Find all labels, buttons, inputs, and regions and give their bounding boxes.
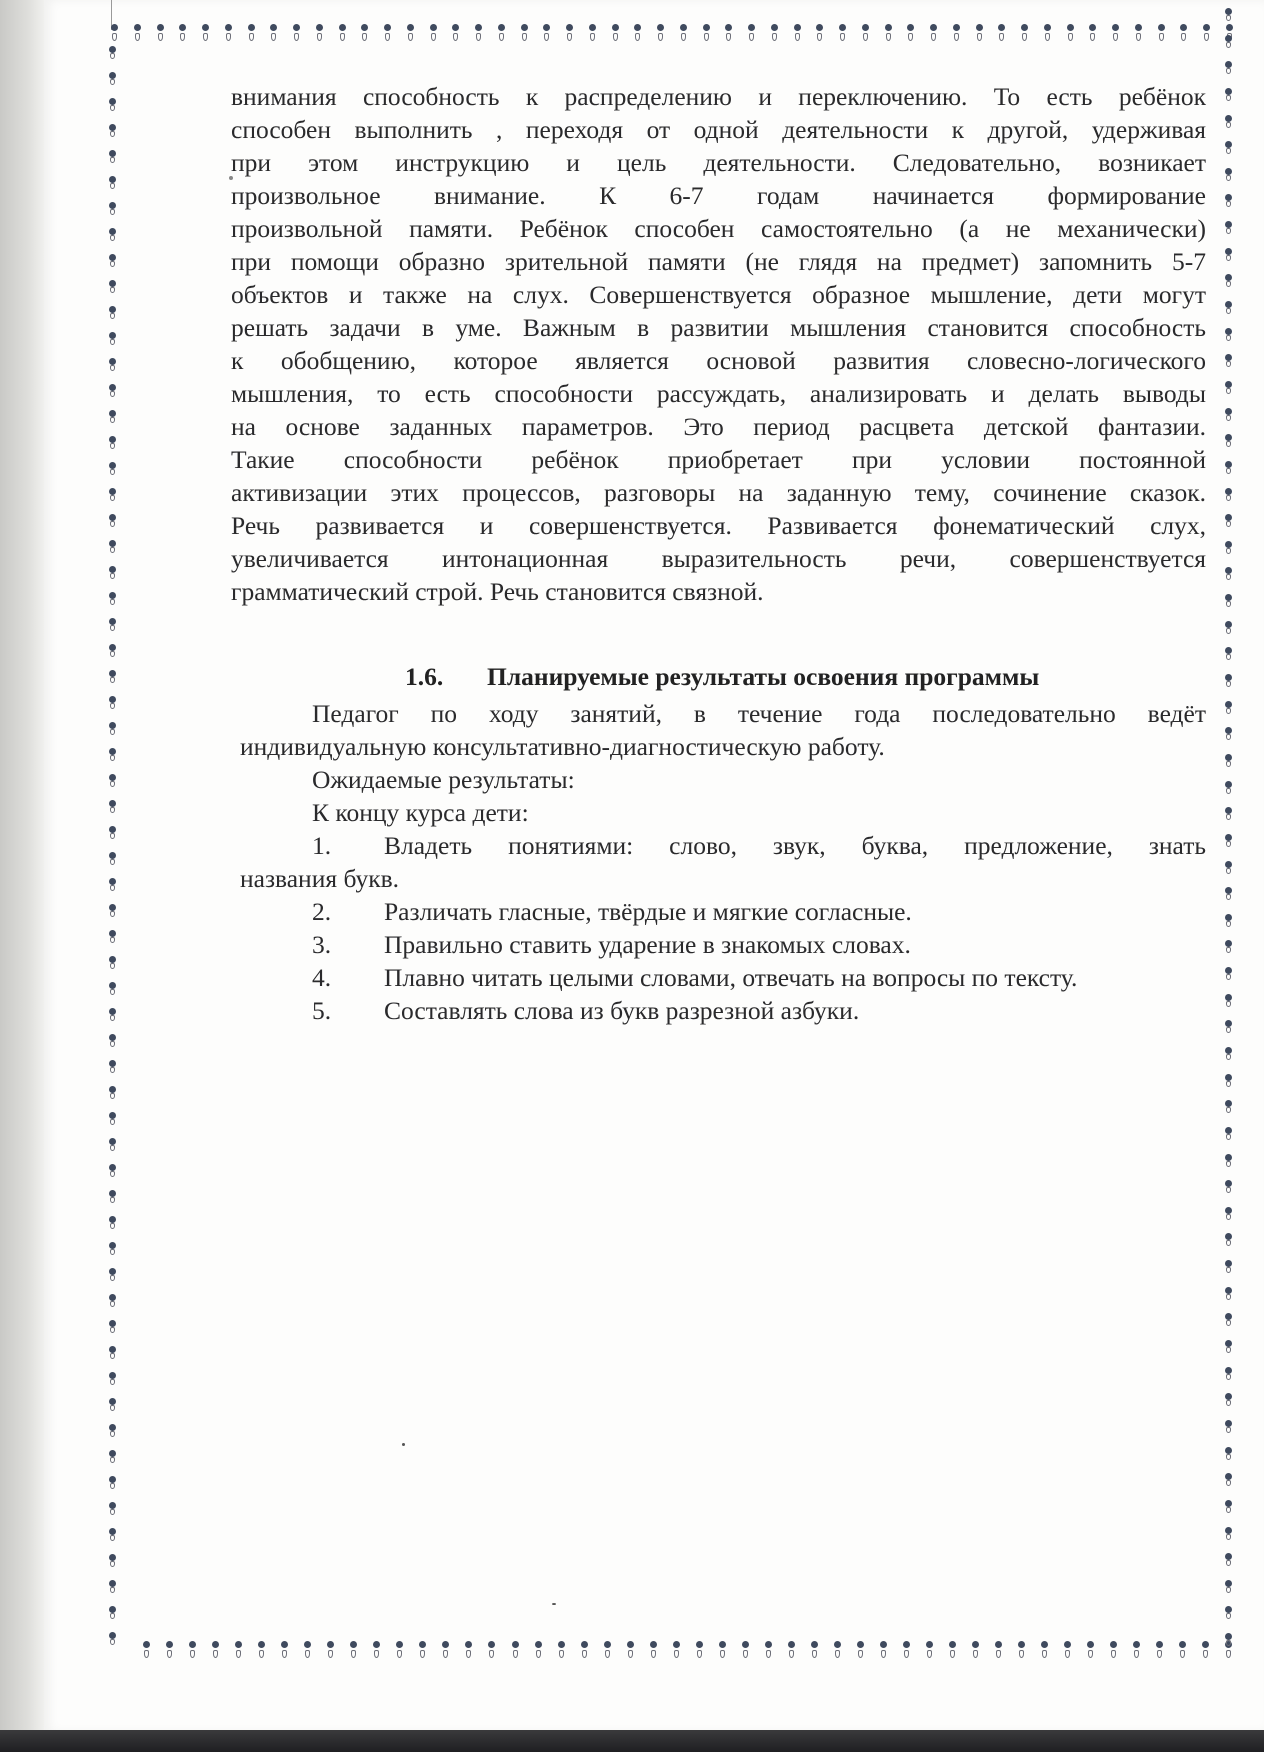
border-ornament-icon — [997, 24, 1006, 44]
border-ornament-icon — [1224, 1154, 1233, 1168]
border-ornament-icon — [1224, 461, 1233, 475]
border-ornament-icon — [108, 332, 117, 346]
text-line: при этом инструкцию и цель деятельности.… — [231, 146, 1206, 179]
border-ornament-icon — [542, 24, 551, 44]
border-ornament-icon — [108, 1112, 117, 1126]
decorative-border-top — [110, 24, 1234, 46]
border-ornament-icon — [1224, 887, 1233, 901]
border-ornament-icon — [1224, 1473, 1233, 1487]
text-line: Речь развивается и совершенствуется. Раз… — [231, 509, 1206, 542]
border-ornament-icon — [511, 1641, 520, 1661]
border-ornament-icon — [1224, 1633, 1233, 1647]
border-ornament-icon — [1224, 834, 1233, 848]
border-ornament-icon — [108, 150, 117, 164]
border-ornament-icon — [747, 24, 756, 44]
border-ornament-icon — [108, 722, 117, 736]
border-ornament-icon — [1224, 1047, 1233, 1061]
border-ornament-icon — [1224, 328, 1233, 342]
border-ornament-icon — [303, 1641, 312, 1661]
border-ornament-icon — [925, 1641, 934, 1661]
border-ornament-icon — [1224, 354, 1233, 368]
border-ornament-icon — [1224, 168, 1233, 182]
border-ornament-icon — [1224, 1074, 1233, 1088]
text-line: способен выполнить , переходя от одной д… — [231, 113, 1206, 146]
border-ornament-icon — [108, 982, 117, 996]
border-ornament-icon — [372, 1641, 381, 1661]
intro-line: индивидуальную консультативно-диагностич… — [240, 730, 1206, 763]
border-ornament-icon — [108, 1034, 117, 1048]
border-ornament-icon — [1224, 541, 1233, 555]
border-ornament-icon — [679, 24, 688, 44]
border-ornament-icon — [534, 1641, 543, 1661]
border-ornament-icon — [724, 24, 733, 44]
border-ornament-icon — [626, 1641, 635, 1661]
border-ornament-icon — [257, 1641, 266, 1661]
border-ornament-icon — [702, 24, 711, 44]
section-heading: 1.6.Планируемые результаты освоения прог… — [405, 662, 1039, 692]
result-item: 2. Различать гласные, твёрдые и мягкие с… — [240, 895, 1206, 928]
border-ornament-icon — [224, 24, 233, 44]
border-ornament-icon — [142, 1641, 151, 1661]
border-ornament-icon — [108, 852, 117, 866]
border-ornament-icon — [906, 24, 915, 44]
border-ornament-icon — [108, 1294, 117, 1308]
border-ornament-icon — [1224, 647, 1233, 661]
border-ornament-icon — [1178, 1641, 1187, 1661]
border-ornament-icon — [1086, 1641, 1095, 1661]
section-body: Педагог по ходу занятий, в течение года … — [240, 697, 1206, 1027]
border-ornament-icon — [1224, 1606, 1233, 1620]
text-line: активизации этих процессов, разговоры на… — [231, 476, 1206, 509]
border-ornament-icon — [108, 1554, 117, 1568]
border-ornament-icon — [565, 24, 574, 44]
border-ornament-icon — [487, 1641, 496, 1661]
border-ornament-icon — [108, 800, 117, 814]
border-ornament-icon — [108, 1580, 117, 1594]
border-ornament-icon — [815, 24, 824, 44]
border-ornament-icon — [1020, 24, 1029, 44]
border-ornament-icon — [108, 124, 117, 138]
border-ornament-icon — [108, 1424, 117, 1438]
border-ornament-icon — [994, 1641, 1003, 1661]
border-ornament-icon — [108, 774, 117, 788]
border-ornament-icon — [108, 1008, 117, 1022]
decorative-border-left — [108, 46, 122, 1646]
border-ornament-icon — [418, 1641, 427, 1661]
border-ornament-icon — [349, 1641, 358, 1661]
border-ornament-icon — [108, 1528, 117, 1542]
border-ornament-icon — [108, 1346, 117, 1360]
border-ornament-icon — [108, 1216, 117, 1230]
text-line: мышления, то есть способности рассуждать… — [231, 377, 1206, 410]
border-ornament-icon — [108, 618, 117, 632]
border-ornament-icon — [108, 436, 117, 450]
border-ornament-icon — [1224, 1313, 1233, 1327]
border-ornament-icon — [764, 1641, 773, 1661]
border-ornament-icon — [178, 24, 187, 44]
border-ornament-icon — [108, 956, 117, 970]
result-item: 5. Составлять слова из букв разрезной аз… — [240, 994, 1206, 1027]
scan-speck — [229, 176, 233, 180]
border-ornament-icon — [108, 98, 117, 112]
border-ornament-icon — [360, 24, 369, 44]
border-ornament-icon — [497, 24, 506, 44]
border-ornament-icon — [108, 176, 117, 190]
border-ornament-icon — [1017, 1641, 1026, 1661]
intro-line: Педагог по ходу занятий, в течение года … — [240, 697, 1206, 730]
border-ornament-icon — [108, 46, 117, 60]
border-ornament-icon — [695, 1641, 704, 1661]
border-ornament-icon — [108, 540, 117, 554]
border-ornament-icon — [451, 24, 460, 44]
decorative-border-bottom — [142, 1641, 1234, 1663]
text-line: на основе заданных параметров. Это перио… — [231, 410, 1206, 443]
border-ornament-icon — [108, 1606, 117, 1620]
border-ornament-icon — [1224, 115, 1233, 129]
decorative-border-right — [1224, 8, 1238, 1648]
border-ornament-icon — [1179, 24, 1188, 44]
result-number: 4. — [312, 961, 384, 994]
border-ornament-icon — [879, 1641, 888, 1661]
result-text: Правильно ставить ударение в знакомых сл… — [384, 928, 911, 961]
border-ornament-icon — [1111, 24, 1120, 44]
border-ornament-icon — [1224, 967, 1233, 981]
border-ornament-icon — [1224, 1207, 1233, 1221]
border-ornament-icon — [395, 1641, 404, 1661]
border-ornament-icon — [1224, 1340, 1233, 1354]
border-ornament-icon — [611, 24, 620, 44]
border-ornament-icon — [741, 1641, 750, 1661]
border-ornament-icon — [108, 1398, 117, 1412]
text-line: Такие способности ребёнок приобретает пр… — [231, 443, 1206, 476]
border-ornament-icon — [108, 514, 117, 528]
border-ornament-icon — [429, 24, 438, 44]
border-ornament-icon — [108, 904, 117, 918]
border-ornament-icon — [108, 1190, 117, 1204]
result-number: 3. — [312, 928, 384, 961]
body-paragraph-continued: внимания способность к распределению и п… — [231, 80, 1206, 608]
border-ornament-icon — [1224, 1447, 1233, 1461]
border-ornament-icon — [108, 1450, 117, 1464]
border-ornament-icon — [1224, 1527, 1233, 1541]
result-number: 5. — [312, 994, 384, 1027]
border-ornament-icon — [1109, 1641, 1118, 1661]
border-ornament-icon — [1063, 1641, 1072, 1661]
border-ornament-icon — [656, 24, 665, 44]
text-line: объектов и также на слух. Совершенствует… — [231, 278, 1206, 311]
section-title: Планируемые результаты освоения программ… — [487, 662, 1039, 691]
border-ornament-icon — [1224, 221, 1233, 235]
result-text: Составлять слова из букв разрезной азбук… — [384, 994, 859, 1027]
border-ornament-icon — [108, 592, 117, 606]
border-ornament-icon — [1224, 621, 1233, 635]
border-ornament-icon — [793, 24, 802, 44]
border-ornament-icon — [952, 24, 961, 44]
border-ornament-icon — [856, 1641, 865, 1661]
border-ornament-icon — [1224, 914, 1233, 928]
border-ornament-icon — [810, 1641, 819, 1661]
border-ornament-icon — [108, 826, 117, 840]
border-ornament-icon — [1224, 807, 1233, 821]
border-ornament-icon — [1043, 24, 1052, 44]
border-ornament-icon — [108, 384, 117, 398]
border-ornament-icon — [108, 254, 117, 268]
border-ornament-icon — [1224, 594, 1233, 608]
border-ornament-icon — [108, 1164, 117, 1178]
border-ornament-icon — [1224, 488, 1233, 502]
border-ornament-icon — [338, 24, 347, 44]
result-continuation: названия букв. — [240, 862, 1206, 895]
border-ornament-icon — [861, 24, 870, 44]
border-ornament-icon — [672, 1641, 681, 1661]
border-ornament-icon — [108, 696, 117, 710]
border-ornament-icon — [1155, 1641, 1164, 1661]
border-ornament-icon — [520, 24, 529, 44]
border-ornament-icon — [108, 1086, 117, 1100]
border-ornament-icon — [108, 410, 117, 424]
border-ornament-icon — [1224, 1020, 1233, 1034]
border-ornament-icon — [833, 1641, 842, 1661]
border-ornament-icon — [770, 24, 779, 44]
border-ornament-icon — [1224, 1580, 1233, 1594]
text-line: произвольной памяти. Ребёнок способен са… — [231, 212, 1206, 245]
border-ornament-icon — [108, 1320, 117, 1334]
border-ornament-icon — [234, 1641, 243, 1661]
border-ornament-icon — [1224, 1553, 1233, 1567]
border-ornament-icon — [108, 930, 117, 944]
border-ornament-icon — [108, 72, 117, 86]
border-ornament-icon — [108, 1268, 117, 1282]
border-ornament-icon — [1224, 434, 1233, 448]
border-ornament-icon — [971, 1641, 980, 1661]
border-ornament-icon — [1224, 88, 1233, 102]
border-ornament-icon — [1224, 35, 1233, 49]
border-ornament-icon — [108, 1632, 117, 1646]
border-ornament-icon — [441, 1641, 450, 1661]
border-ornament-icon — [211, 1641, 220, 1661]
border-ornament-icon — [902, 1641, 911, 1661]
border-ornament-icon — [1224, 194, 1233, 208]
border-ornament-icon — [108, 202, 117, 216]
scan-shadow — [0, 0, 46, 1752]
result-item: 4. Плавно читать целыми словами, отвечат… — [240, 961, 1206, 994]
text-line: грамматический строй. Речь становится св… — [231, 575, 1206, 608]
border-ornament-icon — [108, 1138, 117, 1152]
border-ornament-icon — [108, 228, 117, 242]
border-ornament-icon — [603, 1641, 612, 1661]
border-ornament-icon — [108, 1502, 117, 1516]
border-ornament-icon — [1224, 301, 1233, 315]
result-item: 3. Правильно ставить ударение в знакомых… — [240, 928, 1206, 961]
border-ornament-icon — [1224, 674, 1233, 688]
border-ornament-icon — [108, 748, 117, 762]
border-ornament-icon — [1224, 1260, 1233, 1274]
result-number: 1. — [312, 829, 384, 862]
border-ornament-icon — [1066, 24, 1075, 44]
border-ornament-icon — [108, 670, 117, 684]
scanner-bed-edge — [0, 1730, 1264, 1752]
border-ornament-icon — [1224, 1420, 1233, 1434]
border-ornament-icon — [247, 24, 256, 44]
border-ornament-icon — [1224, 781, 1233, 795]
border-ornament-icon — [580, 1641, 589, 1661]
border-ornament-icon — [1224, 1500, 1233, 1514]
border-ornament-icon — [188, 1641, 197, 1661]
border-ornament-icon — [108, 488, 117, 502]
border-ornament-icon — [110, 24, 119, 44]
section-number: 1.6. — [405, 662, 487, 692]
text-line: к обобщению, которое является основой ра… — [231, 344, 1206, 377]
border-ornament-icon — [108, 878, 117, 892]
border-ornament-icon — [1224, 1393, 1233, 1407]
border-ornament-icon — [108, 644, 117, 658]
border-ornament-icon — [1224, 248, 1233, 262]
border-ornament-icon — [1224, 61, 1233, 75]
border-ornament-icon — [1224, 567, 1233, 581]
border-ornament-icon — [838, 24, 847, 44]
border-ornament-icon — [1224, 274, 1233, 288]
border-ornament-icon — [108, 1476, 117, 1490]
border-ornament-icon — [557, 1641, 566, 1661]
border-ornament-icon — [156, 24, 165, 44]
border-ornament-icon — [1088, 24, 1097, 44]
result-text: Владеть понятиями: слово, звук, буква, п… — [384, 829, 1206, 862]
border-ornament-icon — [633, 24, 642, 44]
border-ornament-icon — [1224, 1367, 1233, 1381]
border-ornament-icon — [1224, 861, 1233, 875]
border-ornament-icon — [464, 1641, 473, 1661]
border-ornament-icon — [948, 1641, 957, 1661]
border-ornament-icon — [383, 24, 392, 44]
border-ornament-icon — [108, 1372, 117, 1386]
border-ornament-icon — [269, 24, 278, 44]
border-ornament-icon — [108, 306, 117, 320]
border-ornament-icon — [929, 24, 938, 44]
border-ornament-icon — [1224, 141, 1233, 155]
result-number: 2. — [312, 895, 384, 928]
border-ornament-icon — [165, 1641, 174, 1661]
border-ornament-icon — [1224, 727, 1233, 741]
border-ornament-icon — [108, 280, 117, 294]
border-ornament-icon — [326, 1641, 335, 1661]
result-text: Плавно читать целыми словами, отвечать н… — [384, 961, 1077, 994]
border-ornament-icon — [406, 24, 415, 44]
border-ornament-icon — [1224, 1100, 1233, 1114]
result-item: 1. Владеть понятиями: слово, звук, буква… — [240, 829, 1206, 862]
border-ornament-icon — [108, 462, 117, 476]
border-ornament-icon — [108, 1242, 117, 1256]
border-ornament-icon — [1134, 24, 1143, 44]
border-ornament-icon — [884, 24, 893, 44]
border-ornament-icon — [787, 1641, 796, 1661]
border-ornament-icon — [1224, 8, 1233, 22]
border-ornament-icon — [975, 24, 984, 44]
border-ornament-icon — [649, 1641, 658, 1661]
border-ornament-icon — [1224, 408, 1233, 422]
border-ornament-icon — [1224, 940, 1233, 954]
border-ornament-icon — [280, 1641, 289, 1661]
by-end-of-course-label: К концу курса дети: — [240, 796, 1206, 829]
border-ornament-icon — [1224, 701, 1233, 715]
result-text: Различать гласные, твёрдые и мягкие согл… — [384, 895, 912, 928]
border-ornament-icon — [1224, 754, 1233, 768]
text-line: внимания способность к распределению и п… — [231, 80, 1206, 113]
border-ornament-icon — [1202, 24, 1211, 44]
expected-results-label: Ожидаемые результаты: — [240, 763, 1206, 796]
border-ornament-icon — [1224, 381, 1233, 395]
border-ornament-icon — [588, 24, 597, 44]
border-ornament-icon — [1224, 514, 1233, 528]
border-ornament-icon — [1224, 1287, 1233, 1301]
border-ornament-icon — [1224, 1180, 1233, 1194]
border-ornament-icon — [292, 24, 301, 44]
border-ornament-icon — [315, 24, 324, 44]
text-line: произвольное внимание. К 6-7 годам начин… — [231, 179, 1206, 212]
border-ornament-icon — [108, 566, 117, 580]
border-ornament-icon — [1224, 1233, 1233, 1247]
border-ornament-icon — [1157, 24, 1166, 44]
border-ornament-icon — [718, 1641, 727, 1661]
border-ornament-icon — [1201, 1641, 1210, 1661]
scan-speck — [402, 1443, 405, 1446]
border-ornament-icon — [133, 24, 142, 44]
border-ornament-icon — [201, 24, 210, 44]
border-ornament-icon — [108, 1060, 117, 1074]
border-ornament-icon — [1132, 1641, 1141, 1661]
text-line: при помощи образно зрительной памяти (не… — [231, 245, 1206, 278]
text-line: увеличивается интонационная выразительно… — [231, 542, 1206, 575]
border-ornament-icon — [108, 358, 117, 372]
border-ornament-icon — [1224, 994, 1233, 1008]
text-line: решать задачи в уме. Важным в развитии м… — [231, 311, 1206, 344]
border-ornament-icon — [1040, 1641, 1049, 1661]
border-ornament-icon — [1224, 1127, 1233, 1141]
border-ornament-icon — [474, 24, 483, 44]
scan-speck — [552, 1603, 556, 1605]
